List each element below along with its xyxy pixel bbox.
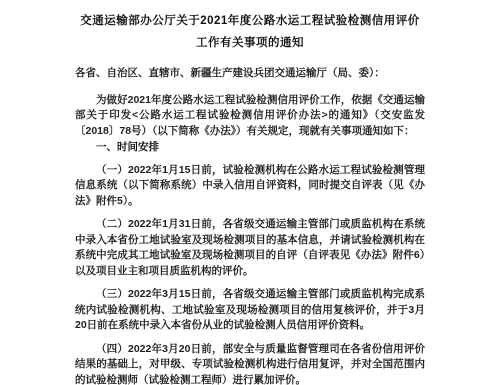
notice-item-3: （三）2022年3月15日前，各省级交通运输主管部门或质监机构完成系统内试验检测… <box>75 287 425 334</box>
section-heading-time-arrangement: 一、时间安排 <box>75 140 425 156</box>
notice-intro-paragraph: 为做好2021年度公路水运工程试验检测信用评价工作，依据《交通运输部关于印发<公… <box>75 93 425 140</box>
notice-salutation: 各省、自治区、直辖市、新疆生产建设兵团交通运输厅（局、委）： <box>75 66 425 82</box>
notice-document: 交通运输部办公厅关于2021年度公路水运工程试验检测信用评价工作有关事项的通知 … <box>75 0 425 385</box>
notice-title: 交通运输部办公厅关于2021年度公路水运工程试验检测信用评价工作有关事项的通知 <box>75 10 425 54</box>
notice-item-2: （二）2022年1月31日前，各省级交通运输主管部门或质监机构在系统中录入本省份… <box>75 217 425 279</box>
notice-item-4: （四）2022年3月20日前，部安全与质量监督管理司在各省份信用评价结果的基础上… <box>75 342 425 385</box>
notice-item-1: （一）2022年1月15日前，试验检测机构在公路水运工程试验检测管理信息系统（以… <box>75 163 425 210</box>
